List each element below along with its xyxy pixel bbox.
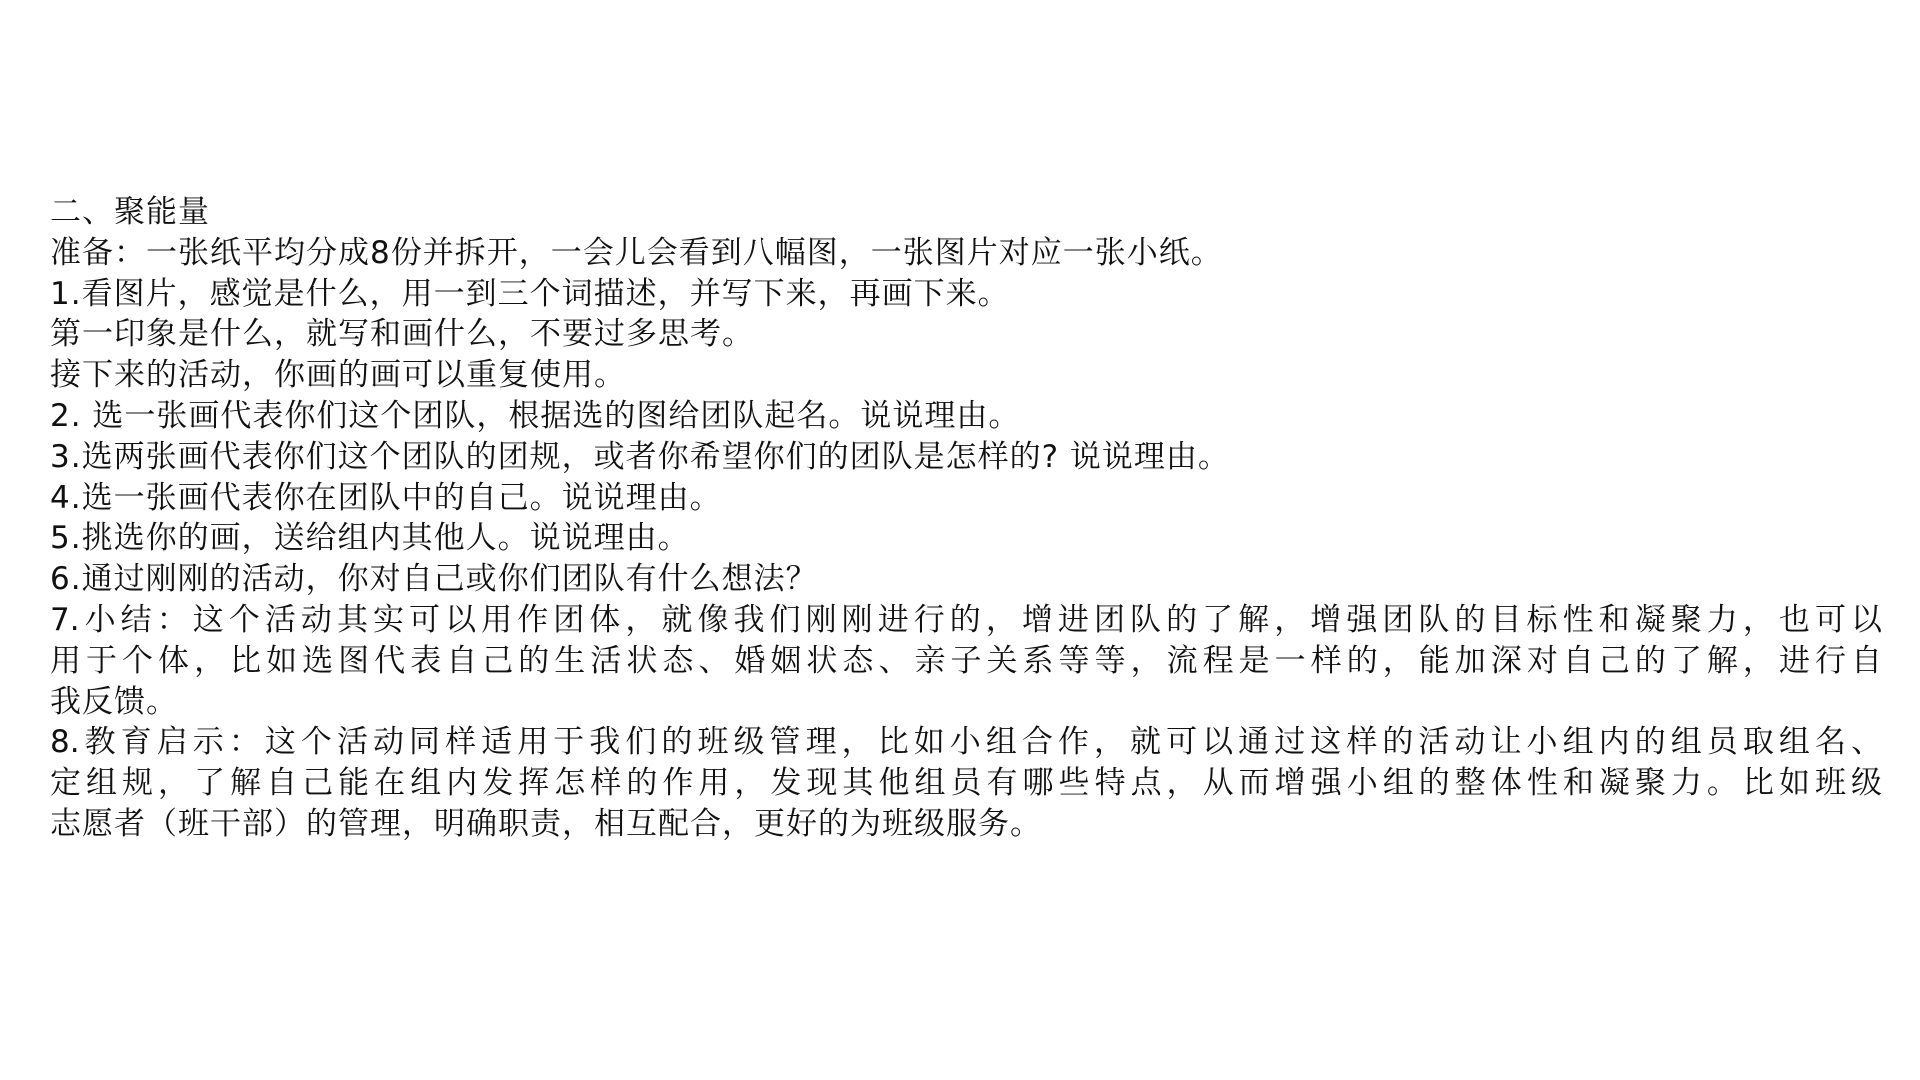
education-line-1: 8.教育启示：这个活动同样适用于我们的班级管理，比如小组合作，就可以通过这样的活… [50,722,1882,763]
summary-line-3: 我反馈。 [50,682,1890,723]
step-1-note-line: 第一印象是什么，就写和画什么，不要过多思考。 [50,314,1890,355]
step-3-line: 3.选两张画代表你们这个团队的团规，或者你希望你们的团队是怎样的? 说说理由。 [50,437,1890,478]
step-1-note-line-2: 接下来的活动，你画的画可以重复使用。 [50,355,1890,396]
step-2-line: 2. 选一张画代表你们这个团队，根据选的图给团队起名。说说理由。 [50,396,1890,437]
summary-line-1: 7.小结：这个活动其实可以用作团体，就像我们刚刚进行的，增进团队的了解，增强团队… [50,600,1882,641]
education-line-3: 志愿者（班干部）的管理，明确职责，相互配合，更好的为班级服务。 [50,804,1890,845]
step-1-line: 1.看图片，感觉是什么，用一到三个词描述，并写下来，再画下来。 [50,274,1890,315]
step-4-line: 4.选一张画代表你在团队中的自己。说说理由。 [50,478,1890,519]
section-heading: 二、聚能量 [50,192,1890,233]
education-line-2: 定组规，了解自己能在组内发挥怎样的作用，发现其他组员有哪些特点，从而增强小组的整… [50,763,1882,804]
step-6-line: 6.通过刚刚的活动，你对自己或你们团队有什么想法？ [50,559,1890,600]
summary-line-2: 用于个体，比如选图代表自己的生活状态、婚姻状态、亲子关系等等，流程是一样的，能加… [50,641,1882,682]
document-body: 二、聚能量 准备：一张纸平均分成8份并拆开，一会儿会看到八幅图，一张图片对应一张… [50,192,1890,845]
preparation-line: 准备：一张纸平均分成8份并拆开，一会儿会看到八幅图，一张图片对应一张小纸。 [50,233,1890,274]
step-5-line: 5.挑选你的画，送给组内其他人。说说理由。 [50,518,1890,559]
